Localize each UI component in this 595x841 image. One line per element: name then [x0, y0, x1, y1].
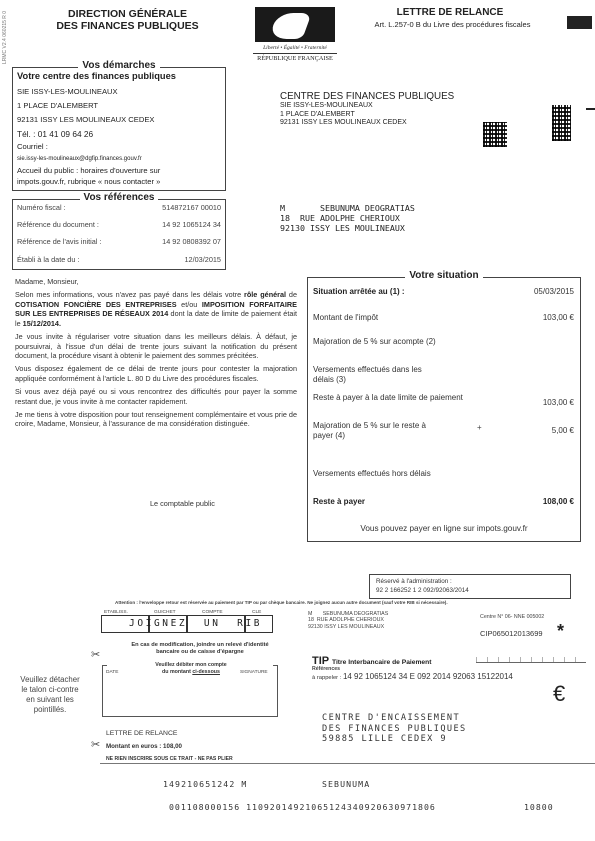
rib-placeholder: JOIGNEZ UN RIB: [101, 618, 273, 629]
ocr-name: SEBUNUMA: [322, 779, 370, 789]
attention-notice: Attention : l'enveloppe retour est réser…: [115, 600, 448, 605]
references-panel: Vos références Numéro fiscal :514872167 …: [12, 199, 226, 270]
ref-row: Référence du document :14 92 1065124 34: [17, 220, 221, 229]
recipient-address: M SEBUNUMA DEOGRATIAS 18 RUE ADOLPHE CHE…: [280, 203, 415, 233]
paragraph: Je vous invite à régulariser votre situa…: [15, 332, 297, 361]
issuer-title: DIRECTION GÉNÉRALE DES FINANCES PUBLIQUE…: [40, 8, 215, 32]
ruler-scale: [476, 657, 586, 663]
email-label: Courriel :: [17, 142, 48, 151]
payer-address: M SEBUNUMA DEOGRATIAS 18 RUE ADOLPHE CHE…: [308, 611, 388, 630]
demarches-legend: Vos démarches: [78, 60, 159, 71]
centre-phone: Tél. : 01 41 09 64 26: [17, 129, 93, 139]
scissors-icon: ✂: [91, 738, 100, 751]
centre-address-1: 1 PLACE D'ALEMBERT: [17, 101, 98, 110]
tip-subtitle: Titre Interbancaire de Paiement: [332, 659, 431, 666]
letter-body: Madame, Monsieur, Selon mes informations…: [15, 277, 297, 432]
star-icon: *: [557, 621, 564, 642]
cut-line: [100, 763, 595, 764]
greeting: Madame, Monsieur,: [15, 277, 297, 287]
cip-code: CIP065012013699: [480, 629, 543, 638]
euro-icon: €: [553, 681, 565, 707]
email-link[interactable]: sie.issy-les-moulineaux@dgfip.finances.g…: [17, 156, 142, 162]
form-code: LRMC V2.4 060215 R 0: [2, 4, 12, 64]
modification-notice: En cas de modification, joindre un relev…: [100, 642, 300, 656]
logo-country: RÉPUBLIQUE FRANÇAISE: [253, 53, 337, 62]
no-write-notice: NE RIEN INSCRIRE SOUS CE TRAIT - NE PAS …: [106, 756, 233, 762]
marianne-icon: [255, 7, 335, 42]
ocr-line-1: 149210651242 M: [163, 779, 247, 789]
sender-address: CENTRE DES FINANCES PUBLIQUES SIE ISSY-L…: [280, 91, 454, 128]
reserved-admin-box: Réservé à l'administration : 92 2 166252…: [369, 574, 571, 599]
refs-line: à rappeler : 14 92 1065124 34 E 092 2014…: [312, 672, 513, 681]
demarches-panel: Vos démarches Votre centre des finances …: [12, 67, 226, 191]
online-payment-link[interactable]: Vous pouvez payer en ligne sur impots.go…: [308, 524, 580, 533]
paragraph: Je me tiens à votre disposition pour tou…: [15, 410, 297, 429]
signature-label: SIGNATURE: [240, 670, 268, 675]
ref-row: Référence de l'avis initial :14 92 08083…: [17, 237, 221, 246]
letter-article: Art. L.257-0 B du Livre des procédures f…: [360, 20, 545, 29]
stub-letter-type: LETTRE DE RELANCE: [106, 730, 177, 737]
centre-service: SIE ISSY-LES-MOULINEAUX: [17, 87, 118, 96]
rib-field[interactable]: ETABLISS. GUICHET COMPTE CLE JOIGNEZ UN …: [101, 612, 273, 634]
centre-number: Centre N° 06- NNE 005002: [480, 614, 544, 620]
letter-type: LETTRE DE RELANCE: [360, 7, 540, 18]
hours-line-1: Accueil du public : horaires d'ouverture…: [17, 166, 160, 175]
situation-panel: Votre situation Situation arrêtée au (1)…: [307, 277, 581, 542]
signature: Le comptable public: [150, 499, 215, 508]
scissors-icon: ✂: [91, 648, 100, 661]
ocr-line-2: 001108000156 110920149210651243409206309…: [169, 802, 436, 812]
date-label: DATE: [106, 670, 118, 675]
debit-authorization: Veuillez débiter mon compte du montant c…: [145, 662, 237, 675]
collection-centre-address: CENTRE D'ENCAISSEMENT DES FINANCES PUBLI…: [322, 713, 467, 745]
fold-mark: [586, 108, 595, 110]
paragraph: Si vous avez déjà payé ou si vous rencon…: [15, 387, 297, 406]
datamatrix-code: [552, 105, 571, 141]
datamatrix-code: [483, 122, 507, 147]
republic-logo: Liberté • Égalité • Fraternité RÉPUBLIQU…: [253, 7, 337, 59]
hours-line-2: impots.gouv.fr, rubrique « nous contacte…: [17, 177, 160, 186]
registration-mark: [567, 16, 592, 29]
references-legend: Vos références: [80, 192, 159, 203]
detach-instruction: Veuillez détacher le talon ci-contre en …: [18, 675, 82, 715]
paragraph: Vous disposez également de ce délai de t…: [15, 364, 297, 383]
situation-legend: Votre situation: [405, 270, 482, 281]
logo-motto: Liberté • Égalité • Fraternité: [253, 45, 337, 51]
issuer-line-1: DIRECTION GÉNÉRALE: [40, 8, 215, 20]
ref-row: Numéro fiscal :514872167 00010: [17, 203, 221, 212]
ref-row: Établi à la date du :12/03/2015: [17, 255, 221, 264]
issuer-line-2: DES FINANCES PUBLIQUES: [40, 20, 215, 32]
centre-title: Votre centre des finances publiques: [17, 71, 176, 81]
ocr-amount: 10800: [524, 802, 554, 812]
centre-address-2: 92131 ISSY LES MOULINEAUX CEDEX: [17, 115, 154, 124]
stub-amount: Montant en euros : 108,00: [106, 743, 182, 750]
paragraph: Selon mes informations, vous n'avez pas …: [15, 290, 297, 328]
